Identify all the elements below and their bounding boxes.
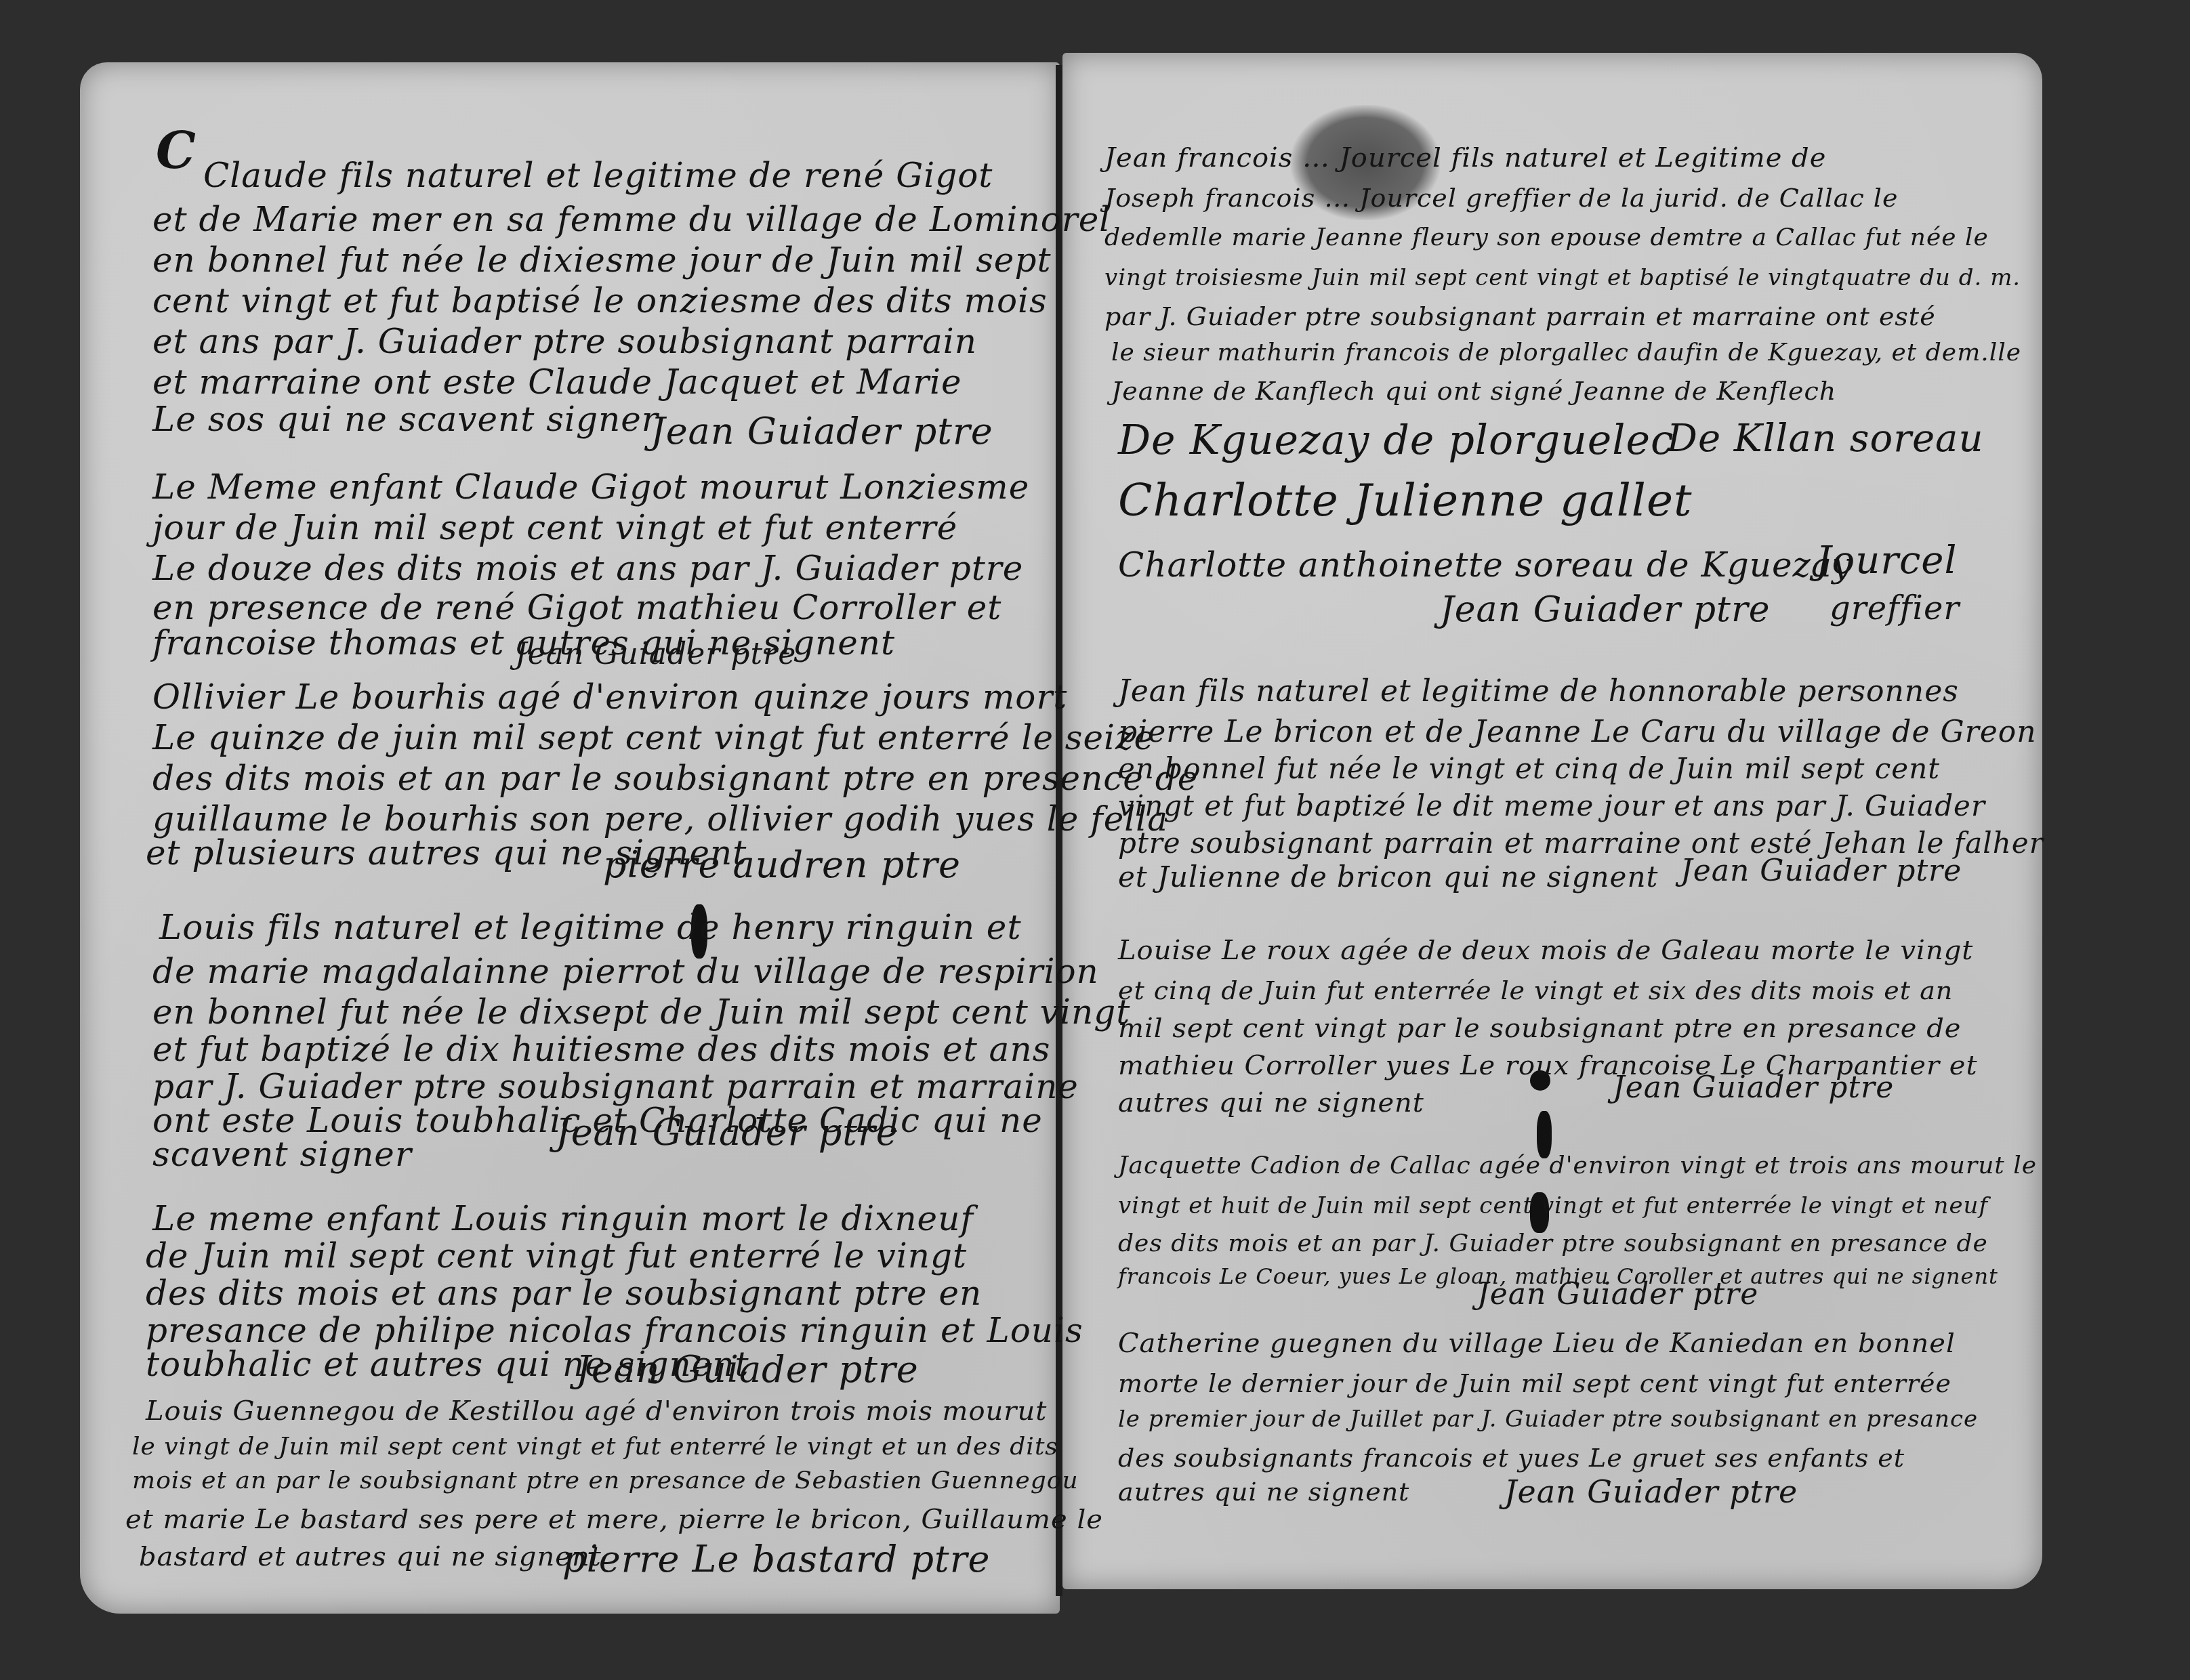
entry-line: en bonnel fut née le dixiesme jour de Ju…: [152, 240, 1052, 280]
priest-signature: Jean Guiader ptre: [1504, 1473, 1798, 1510]
witness-signature: De Kllan soreau: [1667, 417, 1984, 461]
priest-signature: Jean Guiader ptre: [1680, 854, 1962, 888]
entry-line: et fut baptizé le dix huitiesme des dits…: [152, 1030, 1050, 1069]
entry-line: Ollivier Le bourhis agé d'environ quinze…: [152, 677, 1067, 717]
entry-line: et Julienne de bricon qui ne signent: [1118, 860, 1658, 894]
entry-line: des soubsignants francois et yues Le gru…: [1118, 1443, 1905, 1473]
entry-line: Jean fils naturel et legitime de honnora…: [1118, 674, 1959, 709]
entry-line: des dits mois et ans par le soubsignant …: [146, 1274, 982, 1313]
entry-line: scavent signer: [152, 1135, 412, 1174]
entry-line: et marie Le bastard ses pere et mere, pi…: [125, 1504, 1103, 1535]
witness-signature: De Kguezay de plorguelec: [1118, 417, 1674, 464]
priest-signature: Jean Guiader ptre: [556, 1111, 898, 1154]
witness-signature: Charlotte Julienne gallet: [1118, 474, 1693, 526]
priest-signature: Jean Guiader ptre: [650, 410, 993, 453]
witness-signature: Charlotte anthoinette soreau de Kguezay: [1118, 545, 1852, 585]
entry-initial-c: C: [156, 122, 197, 180]
entry-line: dedemlle marie Jeanne fleury son epouse …: [1104, 224, 1989, 251]
entry-line: et ans par J. Guiader ptre soubsignant p…: [152, 322, 977, 361]
witness-signature: Jourcel: [1816, 539, 1957, 583]
entry-line: cent vingt et fut baptisé le onziesme de…: [152, 281, 1048, 320]
entry-line: et cinq de Juin fut enterrée le vingt et…: [1118, 975, 1953, 1005]
entry-line: en bonnel fut née le dixsept de Juin mil…: [152, 992, 1130, 1032]
entry-line: le sieur mathurin francois de plorgallec…: [1111, 339, 2021, 366]
entry-line: de Juin mil sept cent vingt fut enterré …: [146, 1236, 967, 1276]
entry-line: vingt et huit de Juin mil sept cent ving…: [1118, 1192, 1988, 1219]
priest-signature: Jean Guiader ptre: [1477, 1277, 1758, 1311]
entry-line: le vingt de Juin mil sept cent vingt et …: [132, 1433, 1058, 1461]
entry-line: vingt troisiesme Juin mil sept cent ving…: [1104, 264, 2021, 291]
entry-line: et marraine ont este Claude Jacquet et M…: [152, 362, 962, 402]
priest-signature: Jean Guiader ptre: [1613, 1070, 1894, 1105]
priest-signature: pierre audren ptre: [603, 843, 961, 886]
entry-line: Joseph francois … Jourcel greffier de la…: [1104, 183, 1898, 213]
entry-line: Le sos qui ne scavent signer: [152, 400, 659, 439]
entry-line: Le Meme enfant Claude Gigot mourut Lonzi…: [152, 467, 1029, 507]
entry-line: en bonnel fut née le vingt et cinq de Ju…: [1118, 752, 1940, 785]
entry-line: le premier jour de Juillet par J. Guiade…: [1118, 1406, 1978, 1433]
entry-line: Le meme enfant Louis ringuin mort le dix…: [152, 1199, 974, 1238]
entry-line: Claude fils naturel et legitime de rené …: [203, 156, 993, 195]
entry-line: Le douze des dits mois et ans par J. Gui…: [152, 549, 1023, 588]
priest-signature: Jean Guiader ptre: [576, 1348, 919, 1391]
entry-line: et de Marie mer en sa femme du village d…: [152, 200, 1111, 239]
entry-line: bastard et autres qui ne signent: [139, 1541, 602, 1572]
greffier-signature: greffier: [1830, 589, 1960, 627]
entry-line: vingt et fut baptizé le dit meme jour et…: [1118, 789, 1985, 822]
entry-line: autres qui ne signent: [1118, 1087, 1424, 1118]
entry-line: par J. Guiader ptre soubsignant parrain …: [1104, 301, 1936, 331]
entry-line: mil sept cent vingt par le soubsignant p…: [1118, 1013, 1961, 1044]
entry-line: pierre Le bricon et de Jeanne Le Caru du…: [1118, 715, 2037, 749]
entry-line: Louise Le roux agée de deux mois de Gale…: [1118, 935, 1973, 966]
entry-line: autres qui ne signent: [1118, 1477, 1409, 1507]
entry-line: Jeanne de Kanflech qui ont signé Jeanne …: [1111, 376, 1836, 406]
entry-line: jour de Juin mil sept cent vingt et fut …: [152, 508, 957, 547]
entry-line: de marie magdalainne pierrot du village …: [152, 952, 1099, 991]
entry-line: des dits mois et an par le soubsignant p…: [152, 759, 1198, 798]
entry-line: Louis fils naturel et legitime de henry …: [159, 908, 1022, 947]
entry-line: en presence de rené Gigot mathieu Corrol…: [152, 588, 1001, 627]
entry-line: Louis Guennegou de Kestillou agé d'envir…: [146, 1395, 1047, 1427]
priest-signature: pierre Le bastard ptre: [562, 1538, 990, 1580]
entry-line: Jacquette Cadion de Callac agée d'enviro…: [1118, 1152, 2037, 1179]
entry-line: Le quinze de juin mil sept cent vingt fu…: [152, 718, 1155, 757]
priest-signature: Jean Guiader ptre: [1440, 589, 1771, 630]
entry-line: Jean francois … Jourcel fils naturel et …: [1104, 142, 1826, 173]
priest-signature: Jean Guiader ptre: [515, 637, 796, 671]
entry-line: morte le dernier jour de Juin mil sept c…: [1118, 1368, 1951, 1398]
entry-line: mois et an par le soubsignant ptre en pr…: [132, 1467, 1079, 1494]
entry-line: des dits mois et an par J. Guiader ptre …: [1118, 1230, 1988, 1257]
entry-line: Catherine guegnen du village Lieu de Kan…: [1118, 1328, 1956, 1359]
